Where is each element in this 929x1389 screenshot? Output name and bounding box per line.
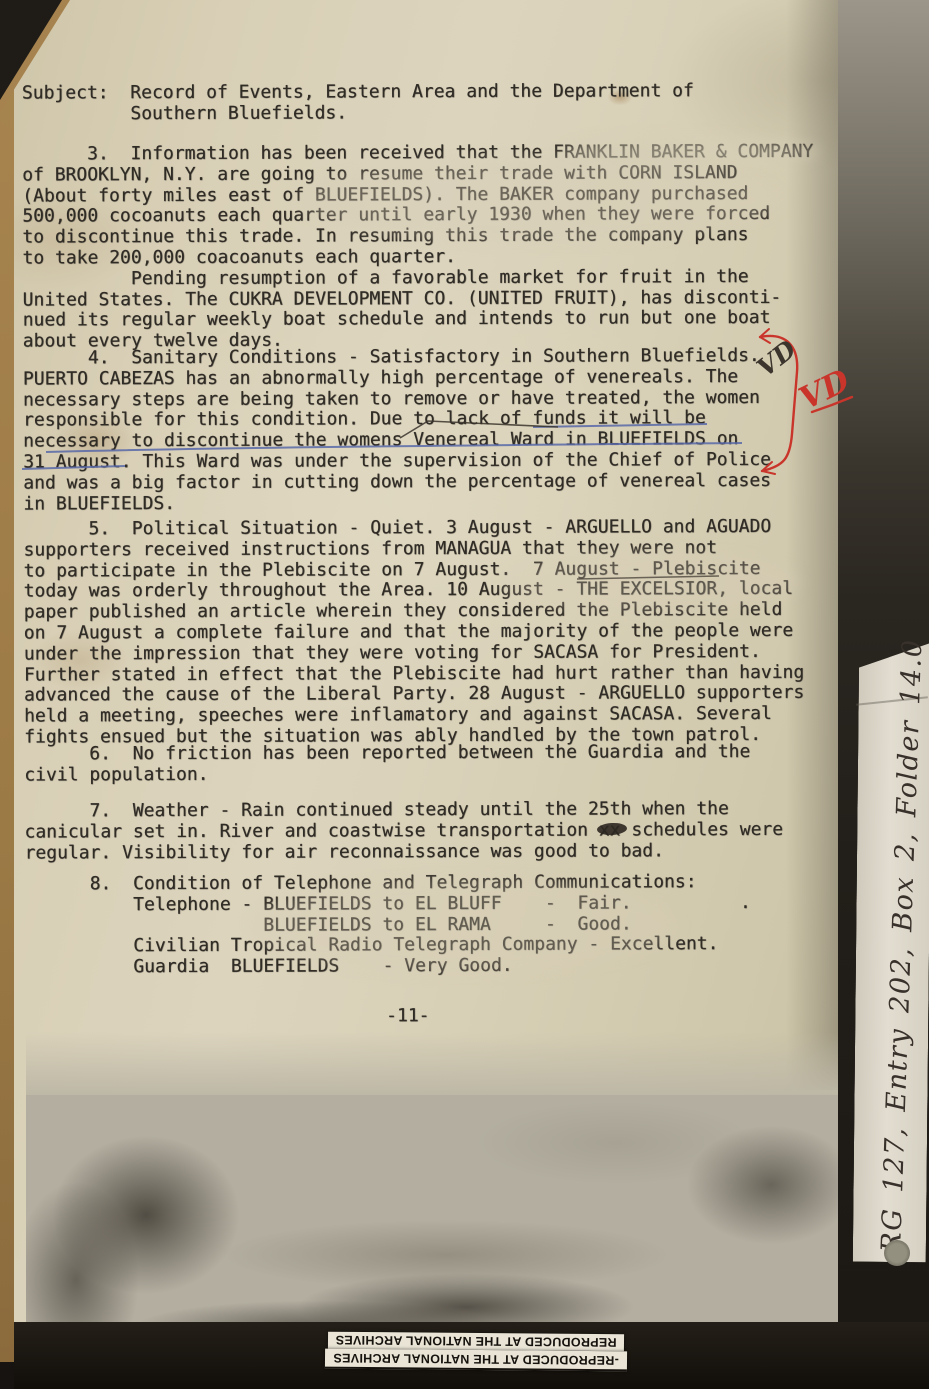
scanned-document-photo: Subject: Record of Events, Eastern Area …: [0, 0, 929, 1389]
typed-line: 6. No friction has been reported between…: [24, 742, 750, 765]
typed-line: to discontinue this trade. In resuming t…: [22, 225, 813, 249]
typed-line: Guardia BLUEFIELDS - Very Good.: [25, 955, 751, 978]
paragraph-8-communications: 8. Condition of Telephone and Telegraph …: [25, 872, 751, 979]
typed-line: Southern Bluefields.: [22, 102, 694, 125]
photo-mottled-area: [26, 1095, 840, 1335]
typed-line: and was a big factor in cutting down the…: [23, 471, 771, 494]
typed-line: regular. Visibility for air reconnaissan…: [25, 840, 784, 863]
page-number: -11-: [386, 1005, 429, 1026]
typed-line: Subject: Record of Events, Eastern Area …: [22, 81, 694, 104]
hole-punch: [884, 1240, 910, 1266]
national-archives-stamp-2: -REPRODUCED AT THE NATIONAL ARCHIVES: [325, 1349, 627, 1372]
bottom-left-dark-corner: [0, 1362, 14, 1389]
typed-line: Civilian Tropical Radio Telegraph Compan…: [25, 934, 751, 957]
paragraph-3-trade: 3. Information has been received that th…: [22, 142, 814, 353]
paragraph-4-sanitary-conditions: 4. Sanitary Conditions - Satisfactory in…: [23, 346, 771, 515]
typed-line: nued its regular weekly boat schedule an…: [23, 308, 814, 332]
subject-block: Subject: Record of Events, Eastern Area …: [22, 81, 694, 125]
typed-line: canicular set in. River and coastwise tr…: [24, 820, 783, 843]
typed-line: civil population.: [24, 763, 750, 786]
paragraph-5-political-situation: 5. Political Situation - Quiet. 3 August…: [23, 517, 804, 748]
paragraph-7-weather: 7. Weather - Rain continued steady until…: [24, 799, 783, 864]
paragraph-6-guardia: 6. No friction has been reported between…: [24, 742, 750, 786]
typed-line: Telephone - BLUEFIELDS to EL BLUFF - Fai…: [25, 893, 751, 916]
typed-line: in BLUEFIELDS.: [23, 492, 771, 515]
